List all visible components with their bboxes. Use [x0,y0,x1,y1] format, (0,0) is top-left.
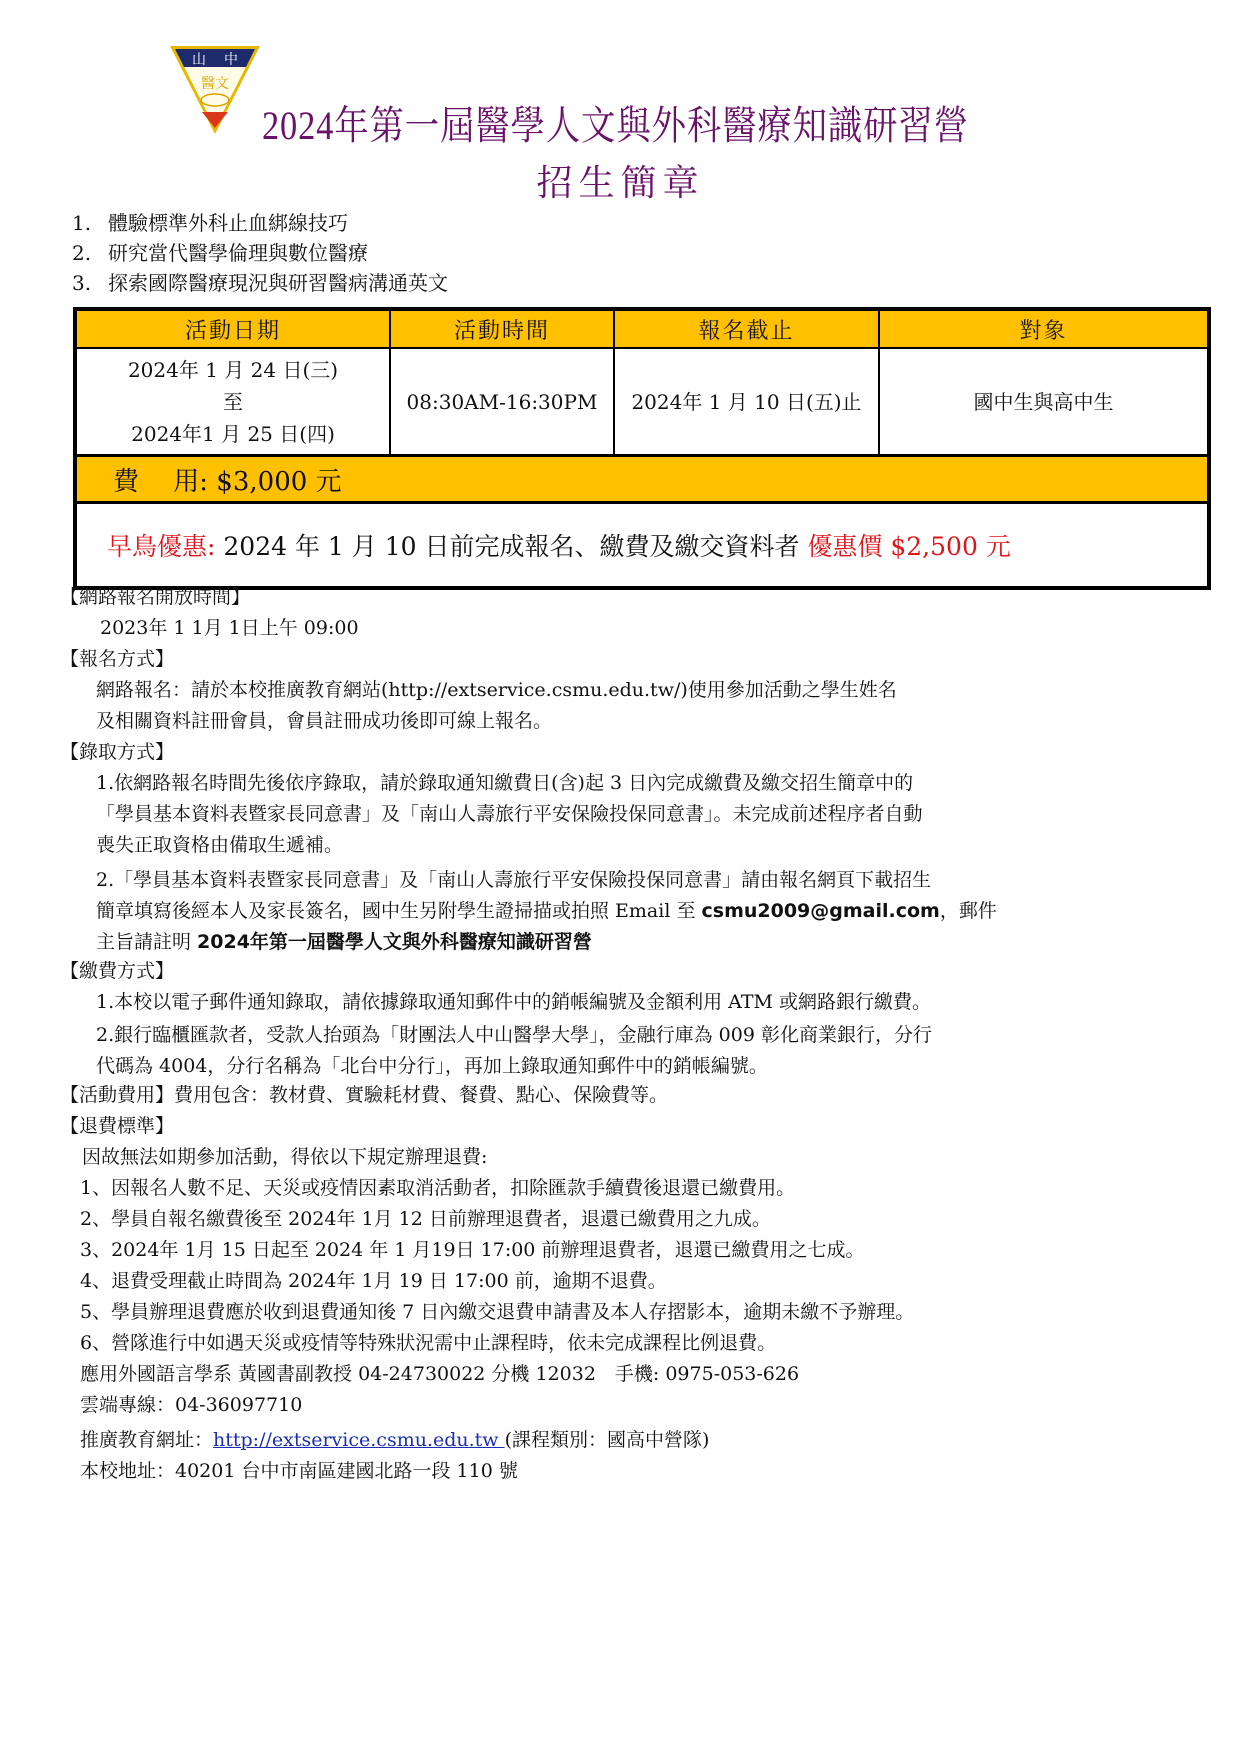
svg-text:中: 中 [224,51,238,68]
early-bird-cell: 早鳥優惠: 2024 年 1 月 10 日前完成報名、繳費及繳交資料者 優惠價 … [75,503,1209,589]
refund-item: 1、因報名人數不足、天災或疫情因素取消活動者，扣除匯款手續費後退還已繳費用。 [60,1173,914,1204]
column-header-audience: 對象 [879,309,1209,348]
early-bird-label: 早鳥優惠: [107,532,215,561]
page-title: 2024年第一屆醫學人文與外科醫療知識研習營 [262,94,969,151]
event-info-table: 活動日期 活動時間 報名截止 對象 2024年 1 月 24 日(三) 至 20… [73,307,1211,590]
section-refund: 【退費標準】 因故無法如期參加活動，得依以下規定辦理退費: 1、因報名人數不足、… [60,1111,914,1359]
section-heading: 【報名方式】 [60,644,897,675]
section-admission: 【錄取方式】 1.依網路報名時間先後依序錄取，請於錄取通知繳費日(含)起 3 日… [60,737,997,958]
goal-item: 3.探索國際醫療現況與研習醫病溝通英文 [72,268,448,298]
goals-list: 1.體驗標準外科止血綁線技巧 2.研究當代醫學倫理與數位醫療 3.探索國際醫療現… [72,208,448,298]
section-heading: 【活動費用】 [60,1084,174,1106]
section-heading: 【錄取方式】 [60,737,997,768]
section-heading: 【繳費方式】 [60,956,932,987]
goal-item: 1.體驗標準外科止血綁線技巧 [72,208,448,238]
contact-hotline: 雲端專線：04-36097710 [80,1390,799,1421]
section-activity-fee: 【活動費用】費用包含：教材費、實驗耗材費、餐費、點心、保險費等。 [60,1080,668,1111]
fee-cell: 費 用: $3,000 元 [75,456,1209,503]
column-header-deadline: 報名截止 [614,309,879,348]
early-bird-price: 優惠價 $2,500 元 [807,532,1010,561]
section-heading: 【網路報名開放時間】 [60,582,359,613]
cell-time: 08:30AM-16:30PM [390,348,614,456]
table-row: 2024年 1 月 24 日(三) 至 2024年1 月 25 日(四) 08:… [75,348,1209,456]
section-contact: 應用外國語言學系 黃國書副教授 04-24730022 分機 12032 手機:… [80,1359,799,1487]
refund-item: 2、學員自報名繳費後至 2024年 1月 12 日前辦理退費者，退還已繳費用之九… [60,1204,914,1235]
section-heading: 【退費標準】 [60,1111,914,1142]
svg-text:山: 山 [192,52,206,68]
column-header-time: 活動時間 [390,309,614,348]
refund-item: 6、營隊進行中如遇天災或疫情等特殊狀況需中止課程時，依未完成課程比例退費。 [60,1328,914,1359]
school-logo: 山 中 醫文 [166,40,264,138]
section-open-time: 【網路報名開放時間】 2023年 1 1月 1日上午 09:00 [60,582,359,644]
section-registration: 【報名方式】 網路報名：請於本校推廣教育網站(http://extservice… [60,644,897,737]
fee-row: 費 用: $3,000 元 [75,456,1209,503]
early-bird-row: 早鳥優惠: 2024 年 1 月 10 日前完成報名、繳費及繳交資料者 優惠價 … [75,503,1209,589]
svg-text:醫文: 醫文 [201,76,229,92]
contact-email[interactable]: csmu2009@gmail.com [702,900,940,922]
cell-date: 2024年 1 月 24 日(三) 至 2024年1 月 25 日(四) [75,348,390,456]
cell-deadline: 2024年 1 月 10 日(五)止 [614,348,879,456]
school-address: 本校地址：40201 台中市南區建國北路一段 110 號 [80,1456,799,1487]
goal-item: 2.研究當代醫學倫理與數位醫療 [72,238,448,268]
website-link[interactable]: http://extservice.csmu.edu.tw [213,1429,505,1451]
refund-item: 3、2024年 1月 15 日起至 2024 年 1 月19日 17:00 前辦… [60,1235,914,1266]
page-subtitle: 招生簡章 [0,155,1241,206]
logo-emblem-icon: 山 中 醫文 [166,40,264,138]
table-header-row: 活動日期 活動時間 報名截止 對象 [75,309,1209,348]
section-payment: 【繳費方式】 1.本校以電子郵件通知錄取，請依據錄取通知郵件中的銷帳編號及金額利… [60,956,932,1082]
refund-item: 4、退費受理截止時間為 2024年 1月 19 日 17:00 前，逾期不退費。 [60,1266,914,1297]
cell-audience: 國中生與高中生 [879,348,1209,456]
column-header-date: 活動日期 [75,309,390,348]
contact-phone: 應用外國語言學系 黃國書副教授 04-24730022 分機 12032 手機:… [80,1359,799,1390]
fee-amount: $3,000 [216,467,307,497]
refund-item: 5、學員辦理退費應於收到退費通知後 7 日內繳交退費申請書及本人存摺影本，逾期未… [60,1297,914,1328]
